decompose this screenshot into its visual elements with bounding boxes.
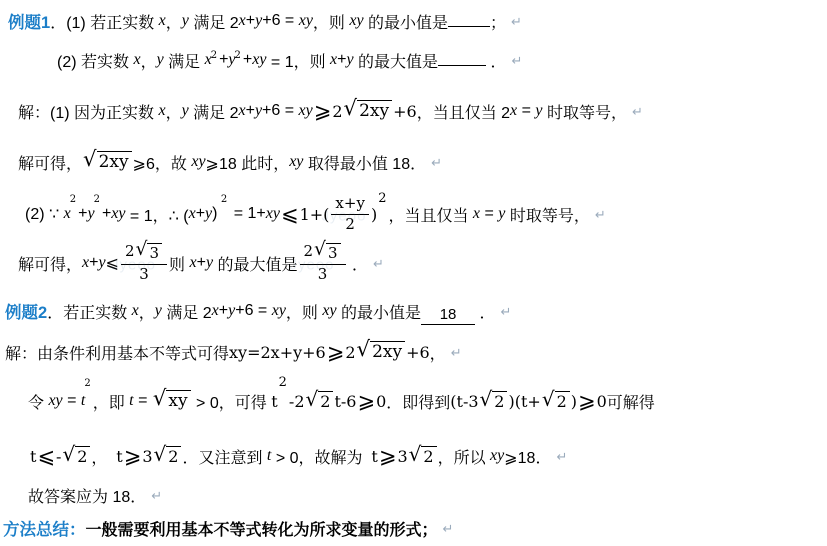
superscript: 2 <box>70 194 76 205</box>
text-run: ，则 <box>286 300 322 323</box>
emphasis-text: 一般需要利用基本不等式转化为所求变量的形式； <box>86 517 438 540</box>
return-mark: ↵ <box>632 105 643 120</box>
sqrt-sign: √ <box>62 444 75 464</box>
answer-blank <box>448 25 490 27</box>
text-run: ； <box>490 10 506 33</box>
text-run: = 1，则 <box>266 49 330 72</box>
equation-run: 3 <box>142 447 152 466</box>
text-run: ． <box>348 252 368 275</box>
text-run: ． <box>486 49 506 72</box>
equation-run: 3 <box>397 447 407 466</box>
math-variable: x <box>212 302 219 320</box>
document-page: 例题1．(1) 若正实数 x，y 满足 2x+y+6 = xy，则 xy 的最小… <box>0 0 827 546</box>
text-line: 例题1．(1) 若正实数 x，y 满足 2x+y+6 = xy，则 xy 的最小… <box>8 10 522 32</box>
return-mark: ↵ <box>451 346 462 361</box>
text-line: 令 xy = t2，即 t = √xy > 0，可得 t2-2√2t-6⩾0．即… <box>28 377 655 425</box>
sqrt-radical: √3 <box>136 243 163 263</box>
sqrt-radical: √2 <box>154 446 182 467</box>
equation-run: 1+( <box>300 205 330 224</box>
math-variable: y <box>535 102 542 120</box>
math-variable: y <box>205 205 212 223</box>
return-mark: ↵ <box>431 156 442 171</box>
text-run: + <box>219 302 228 320</box>
equation-run: 0 <box>597 392 607 411</box>
text-run: 故答案应为 18． <box>28 484 146 507</box>
superscript: 2 <box>279 375 287 390</box>
text-run: = 1，∴ ( <box>125 203 188 226</box>
text-run: +6 = <box>262 12 298 30</box>
math-variable: x <box>510 102 517 120</box>
sqrt-content: 2 <box>555 391 570 412</box>
math-variable: x <box>158 102 165 120</box>
math-variable: y <box>182 12 189 30</box>
math-variable: y <box>228 302 235 320</box>
equation-run: xy=2x+y+6 <box>229 343 326 362</box>
inequality-sign: ⩾ <box>124 446 142 467</box>
superscript: 2 <box>221 194 227 205</box>
text-run: ， <box>139 300 155 323</box>
math-variable: y <box>182 102 189 120</box>
equation-run: (t-3 <box>450 392 478 411</box>
text-line: 解可得，√2xy⩾6，故 xy⩾18 此时，xy 取得最小值 18．↵ <box>18 146 442 178</box>
math-variable: y <box>155 302 162 320</box>
text-run: = 1+ <box>229 205 265 223</box>
fraction-denominator: 2 <box>345 215 355 233</box>
inequality-sign: ⩽ <box>37 446 55 467</box>
math-variable: y <box>498 205 505 223</box>
return-mark: ↵ <box>373 257 384 272</box>
equation-run: t <box>271 392 277 411</box>
text-run: 的最小值是 <box>364 10 448 33</box>
fraction: Jyeoox+y2 <box>331 195 369 233</box>
math-variable: x <box>132 302 139 320</box>
sqrt-content: 2 <box>75 446 90 467</box>
text-run: ，即 <box>93 390 129 413</box>
text-run: 时取等号， <box>505 203 589 226</box>
return-mark: ↵ <box>500 305 511 320</box>
sqrt-sign: √ <box>154 444 167 464</box>
sqrt-content: 2xy <box>357 100 392 122</box>
text-run: 取得最小值 18． <box>303 151 426 174</box>
math-variable: xy <box>272 302 286 320</box>
equation-run: ) <box>371 205 377 224</box>
math-variable: xy <box>322 302 336 320</box>
fraction: Jyeoo2√33 <box>300 243 346 283</box>
text-run: ．(1) 若正实数 <box>50 10 158 33</box>
fraction-numerator: x+y <box>331 195 369 214</box>
text-run: ，所以 <box>438 445 490 468</box>
math-variable: y <box>255 12 262 30</box>
sqrt-radical: √2 <box>480 391 508 412</box>
math-variable: xy <box>299 102 313 120</box>
inequality-sign: ⩾ <box>314 101 332 122</box>
text-run: ， <box>166 100 182 123</box>
math-variable: xy <box>490 447 504 465</box>
text-run: > 0，故解为 <box>271 445 371 468</box>
sqrt-sign: √ <box>344 98 358 119</box>
text-run: + <box>243 51 252 69</box>
text-run: ，则 <box>313 10 349 33</box>
superscript: 2 <box>211 50 217 61</box>
answer-blank: 18 <box>421 307 475 326</box>
text-run: + <box>246 12 255 30</box>
equation-run: +6 <box>406 343 430 362</box>
text-run: ．即得到 <box>386 390 450 413</box>
equation-run: +6 <box>393 102 417 121</box>
text-run: 的最大值是 <box>213 252 297 275</box>
equation-run: 0 <box>376 392 386 411</box>
sqrt-sign: √ <box>357 339 371 360</box>
math-variable: x <box>82 254 89 272</box>
text-run: ， <box>91 445 116 468</box>
text-run: 满足 2 <box>189 10 239 33</box>
text-line: 解可得，x+y⩽Jyeoo2√33则 x+y 的最大值是Jyeoo2√33 ．↵ <box>18 239 384 287</box>
section-label: 方法总结： <box>3 516 86 540</box>
sqrt-radical: √2 <box>409 446 437 467</box>
fraction: Jyeoo2√33 <box>121 243 167 283</box>
return-mark: ↵ <box>512 54 523 69</box>
math-variable: xy <box>349 12 363 30</box>
math-variable: x <box>330 51 337 69</box>
text-run: +6 = <box>262 102 298 120</box>
fraction-numerator: 2√3 <box>300 243 346 265</box>
return-mark: ↵ <box>151 489 162 504</box>
math-variable: y <box>98 254 105 272</box>
text-run: 可解得 <box>607 390 655 413</box>
sqrt-content: 2xy <box>97 151 132 173</box>
text-run: 满足 2 <box>189 100 239 123</box>
sqrt-sign: √ <box>480 389 493 409</box>
text-run: 解：由条件利用基本不等式可得 <box>5 341 229 364</box>
return-mark: ↵ <box>443 522 454 537</box>
text-line: 解：由条件利用基本不等式可得xy=2x+y+6⩾2√2xy+6，↵ <box>5 336 462 368</box>
text-run: = <box>63 392 81 410</box>
sqrt-content: 2 <box>492 391 507 412</box>
math-variable: x <box>189 205 196 223</box>
text-run: 的最大值是 <box>354 49 438 72</box>
equation-run: -2 <box>289 392 305 411</box>
text-line: 故答案应为 18．↵ <box>28 484 162 506</box>
inequality-sign: ⩾ <box>379 446 397 467</box>
math-variable: y <box>157 51 164 69</box>
answer-blank <box>438 64 486 66</box>
math-variable: xy <box>266 205 280 223</box>
text-run: 解可得， <box>18 252 82 275</box>
math-variable: xy <box>299 12 313 30</box>
equation-run: t <box>30 447 36 466</box>
math-variable: y <box>255 102 262 120</box>
sqrt-sign: √ <box>314 241 326 260</box>
text-run: = <box>134 392 152 410</box>
text-run: ．若正实数 <box>47 300 131 323</box>
sqrt-radical: √2 <box>306 391 334 412</box>
math-variable: x <box>239 12 246 30</box>
superscript: 2 <box>235 50 241 61</box>
text-run: 令 <box>28 390 48 413</box>
sqrt-content: 2 <box>166 446 181 467</box>
sqrt-content: 3 <box>326 243 341 263</box>
equation-run: t <box>116 447 122 466</box>
math-variable: xy <box>191 153 205 171</box>
text-run: +6 = <box>235 302 271 320</box>
math-variable: x <box>189 254 196 272</box>
return-mark: ↵ <box>595 208 606 223</box>
text-line: 方法总结：一般需要利用基本不等式转化为所求变量的形式；↵ <box>3 516 453 540</box>
text-run: + <box>102 205 111 223</box>
sqrt-content: 2xy <box>370 341 405 363</box>
superscript: 2 <box>94 194 100 205</box>
text-line: 解：(1) 因为正实数 x，y 满足 2x+y+6 = xy⩾2√2xy+6，当… <box>18 94 643 128</box>
sqrt-radical: √2 <box>62 446 90 467</box>
sqrt-sign: √ <box>83 149 97 170</box>
text-run: ) <box>212 205 222 223</box>
text-line: (2) 若实数 x，y 满足 x2+y2+xy = 1，则 x+y 的最大值是 … <box>57 49 522 71</box>
text-run: 满足 <box>164 49 205 72</box>
math-variable: x <box>133 51 140 69</box>
text-run: + <box>197 254 206 272</box>
return-mark: ↵ <box>556 450 567 465</box>
sqrt-radical: √xy <box>153 390 191 412</box>
text-line: t⩽-√2， t⩾3√2．又注意到 t > 0，故解为 t⩾3√2，所以 xy⩾… <box>30 440 567 472</box>
sqrt-radical: √2xy <box>357 341 406 363</box>
text-run: 的最小值是 <box>337 300 421 323</box>
text-run: = <box>517 102 535 120</box>
text-run: ， <box>166 10 182 33</box>
text-run: (2) ∵ <box>25 204 64 224</box>
text-run: > 0，可得 <box>192 390 272 413</box>
numerator-text: 2 <box>125 243 135 260</box>
math-variable: y <box>347 51 354 69</box>
text-run: + <box>196 205 205 223</box>
math-variable: y <box>87 205 94 223</box>
sqrt-radical: √3 <box>314 243 341 263</box>
inequality-sign: ⩽ <box>281 204 299 225</box>
section-label: 例题1 <box>8 9 50 33</box>
text-run: (2) 若实数 <box>57 49 133 72</box>
text-run: + <box>246 102 255 120</box>
sqrt-content: xy <box>166 390 190 412</box>
equation-run: 2 <box>345 343 355 362</box>
text-run: ⩾18 此时， <box>206 151 290 174</box>
sqrt-sign: √ <box>409 444 422 464</box>
fraction-numerator: 2√3 <box>121 243 167 265</box>
text-run: 时取等号， <box>543 100 627 123</box>
text-run: ． <box>475 300 495 323</box>
fraction-denominator: 3 <box>139 265 149 283</box>
sqrt-content: 2 <box>421 446 436 467</box>
numerator-text: 2 <box>304 243 314 260</box>
math-variable: x <box>473 205 480 223</box>
section-label: 例题2 <box>5 299 47 323</box>
math-variable: x <box>159 12 166 30</box>
text-run: ．又注意到 <box>182 445 266 468</box>
inequality-sign: ⩾ <box>327 342 345 363</box>
text-run: ，当且仅当 <box>388 203 472 226</box>
equation-run: t <box>371 447 377 466</box>
text-run: 解可得， <box>18 151 82 174</box>
superscript: 2 <box>84 378 90 389</box>
text-run: + <box>337 51 346 69</box>
sqrt-sign: √ <box>542 389 555 409</box>
superscript: 2 <box>378 191 386 206</box>
math-variable: x <box>64 205 71 223</box>
math-variable: xy <box>289 153 303 171</box>
text-run: ⩾18． <box>504 445 551 468</box>
text-run: ， <box>141 49 157 72</box>
inequality-sign: ⩾ <box>357 391 375 412</box>
inequality-sign: ⩾ <box>578 391 596 412</box>
equation-run: ) <box>571 392 577 411</box>
math-variable: xy <box>252 51 266 69</box>
sqrt-sign: √ <box>306 389 319 409</box>
math-variable: xy <box>48 392 62 410</box>
sqrt-radical: √2xy <box>344 100 393 122</box>
sqrt-content: 3 <box>147 243 162 263</box>
text-line: (2) ∵ x2+y2+xy = 1，∴ (x+y) 2 = 1+xy⩽1+(J… <box>25 193 606 235</box>
text-run: ，当且仅当 2 <box>417 100 510 123</box>
math-variable: t <box>81 392 85 410</box>
text-line: 例题2．若正实数 x，y 满足 2x+y+6 = xy，则 xy 的最小值是18… <box>5 300 511 322</box>
text-run: 满足 2 <box>162 300 212 323</box>
text-run: 解：(1) 因为正实数 <box>18 100 158 123</box>
equation-run: 2 <box>332 102 342 121</box>
equation-run: t-6 <box>334 392 356 411</box>
equation-run: - <box>56 447 61 466</box>
equation-run: )(t+ <box>508 392 540 411</box>
sqrt-radical: √2xy <box>83 151 132 173</box>
math-variable: x <box>238 102 245 120</box>
math-variable: xy <box>111 205 125 223</box>
text-run: 则 <box>169 252 189 275</box>
fraction-denominator: 3 <box>318 265 328 283</box>
math-variable: y <box>206 254 213 272</box>
return-mark: ↵ <box>511 15 522 30</box>
sqrt-radical: √2 <box>542 391 570 412</box>
sqrt-sign: √ <box>153 388 167 409</box>
sqrt-content: 2 <box>318 391 333 412</box>
sqrt-sign: √ <box>136 241 148 260</box>
text-run: ⩽ <box>106 253 119 273</box>
text-run: ， <box>430 341 446 364</box>
text-run: ⩾6，故 <box>133 151 192 174</box>
text-run: = <box>480 205 498 223</box>
